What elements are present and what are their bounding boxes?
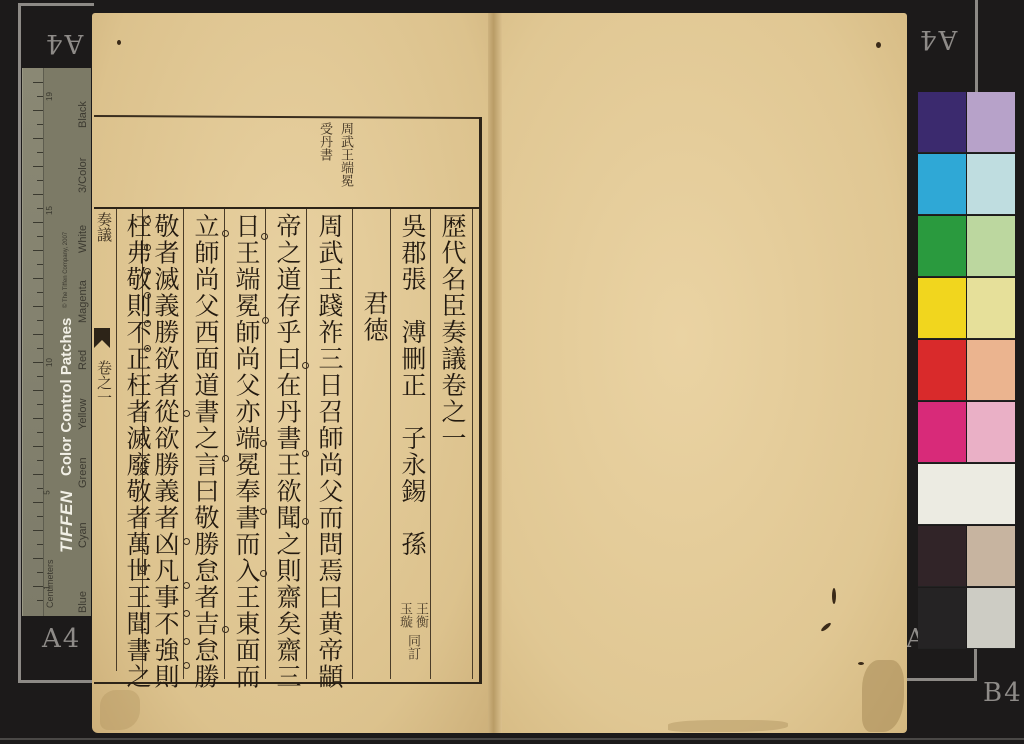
punctuation-circle <box>260 440 267 447</box>
punctuation-circle <box>302 518 309 525</box>
editor-name-right: 王衡 <box>413 602 427 628</box>
fore-edge-label-lower: 卷之一 <box>94 360 115 405</box>
punctuation-circle <box>183 638 190 645</box>
punctuation-circle <box>144 292 151 299</box>
tiffen-logo: TIFFEN <box>57 491 77 554</box>
swatch-yellow <box>918 278 966 339</box>
color-name-cyan: Cyan <box>77 522 89 548</box>
editor-name-left: 玉璇 <box>397 602 411 628</box>
color-checker-card <box>918 92 1016 648</box>
punctuation-circle <box>183 410 190 417</box>
color-name-white: White <box>77 225 89 253</box>
ruler-scale <box>23 68 44 616</box>
body-column-6: 枉弗敬則不正枉者滅廢敬者萬世王聞書之 <box>118 213 156 690</box>
punctuation-circle <box>144 268 151 275</box>
column-rule <box>472 209 473 679</box>
target-label-top-left: A4 <box>44 28 83 58</box>
swatch-light-green <box>967 216 1015 277</box>
punctuation-circle <box>144 244 151 251</box>
color-name-green: Green <box>77 457 89 488</box>
punctuation-circle <box>261 233 268 240</box>
swatch-pink <box>967 402 1015 463</box>
water-stain <box>100 690 140 730</box>
swatch-light-gray <box>967 588 1015 649</box>
body-column-1: 周武王踐祚三日召師尚父而問焉曰黄帝顓 <box>310 213 348 690</box>
swatch-light-cyan <box>967 154 1015 215</box>
swatch-white <box>918 464 1015 525</box>
cm-tick-10: 10 <box>45 358 54 367</box>
cm-tick-15: 15 <box>45 206 54 215</box>
water-stain <box>862 660 904 732</box>
section-heading: 君徳 <box>355 290 393 343</box>
swatch-tan <box>967 526 1015 587</box>
punctuation-circle <box>262 317 269 324</box>
volume-title: 歴代名臣奏議卷之一 <box>433 213 471 452</box>
punctuation-circle <box>183 610 190 617</box>
column-rule <box>306 209 307 679</box>
target-frame-top <box>18 3 94 6</box>
swatch-peach <box>967 340 1015 401</box>
punctuation-circle <box>144 345 151 352</box>
punctuation-circle <box>222 230 229 237</box>
swatch-lilac <box>967 92 1015 153</box>
target-label-bottom-left: A4 <box>42 624 81 654</box>
body-column-4: 立師尚父西面道書之言曰敬勝怠者吉怠勝 <box>186 213 224 690</box>
margin-note-left: 受丹書 <box>316 122 332 161</box>
target-frame-left <box>18 3 21 683</box>
swatch-dark-brown <box>918 526 966 587</box>
water-stain <box>668 720 788 732</box>
punctuation-circle <box>302 450 309 457</box>
target-frame-bottom-right <box>905 678 977 681</box>
right-page <box>497 13 907 733</box>
punctuation-circle <box>302 362 309 369</box>
cm-tick-19: 19 <box>45 92 54 101</box>
punctuation-circle <box>144 217 151 224</box>
swatch-red <box>918 340 966 401</box>
target-frame-right-top <box>975 0 978 92</box>
body-column-3: 日王端冕師尚父亦端冕奉書而入王東面而 <box>227 213 265 690</box>
punctuation-circle <box>140 468 147 475</box>
punctuation-circle <box>260 508 267 515</box>
punctuation-circle <box>222 626 229 633</box>
swatch-black <box>918 588 966 649</box>
tiffen-color-control-strip: 19 15 10 5 1 TIFFEN Color Control Patche… <box>22 68 91 616</box>
strip-title: Color Control Patches <box>58 318 75 476</box>
target-label-bottom-right: B4 <box>983 678 1023 708</box>
punctuation-circle <box>183 538 190 545</box>
swatch-cyan <box>918 154 966 215</box>
target-label-top-right: A4 <box>918 24 957 54</box>
body-column-2: 帝之道存乎曰在丹書王欲聞之則齋矣齋三 <box>268 213 306 690</box>
editor-revise: 同訂 <box>405 634 419 660</box>
swatch-purple <box>918 92 966 153</box>
editors-line: 吳郡張 溥刪正 子永錫 孫 <box>393 213 431 558</box>
swatch-green <box>918 216 966 277</box>
wormhole-mark <box>876 42 881 48</box>
copyright-label: © The Tiffen Company, 2007 <box>63 232 69 308</box>
centimeters-label: Centimeters <box>45 559 55 608</box>
color-name-yellow: Yellow <box>77 399 89 430</box>
fore-edge-label-upper: 奏議 <box>94 212 115 242</box>
swatch-light-yellow <box>967 278 1015 339</box>
color-name-3color: 3/Color <box>77 158 89 193</box>
punctuation-circle <box>144 320 151 327</box>
column-rule <box>352 209 353 679</box>
punctuation-circle <box>183 582 190 589</box>
swatch-magenta <box>918 402 966 463</box>
punctuation-circle <box>260 570 267 577</box>
color-name-black: Black <box>77 101 89 128</box>
wormhole-mark <box>858 662 864 665</box>
scan-bed-bottom <box>0 738 1024 740</box>
target-frame-bottom-left <box>18 680 94 683</box>
color-name-red: Red <box>77 350 89 370</box>
column-rule <box>224 209 225 679</box>
punctuation-circle <box>140 565 147 572</box>
color-name-blue: Blue <box>77 591 89 613</box>
wormhole-mark <box>832 588 836 604</box>
wormhole-mark <box>117 40 121 45</box>
margin-note-right: 周武王端冕 <box>337 122 353 187</box>
target-frame-right-lower <box>974 648 977 681</box>
color-name-magenta: Magenta <box>77 280 89 323</box>
punctuation-circle <box>222 455 229 462</box>
book-gutter <box>488 13 502 733</box>
column-rule <box>390 209 391 679</box>
column-rule <box>116 209 117 671</box>
cm-tick-5: 5 <box>43 490 52 494</box>
text-area-top-rule <box>94 207 479 209</box>
punctuation-circle <box>183 662 190 669</box>
